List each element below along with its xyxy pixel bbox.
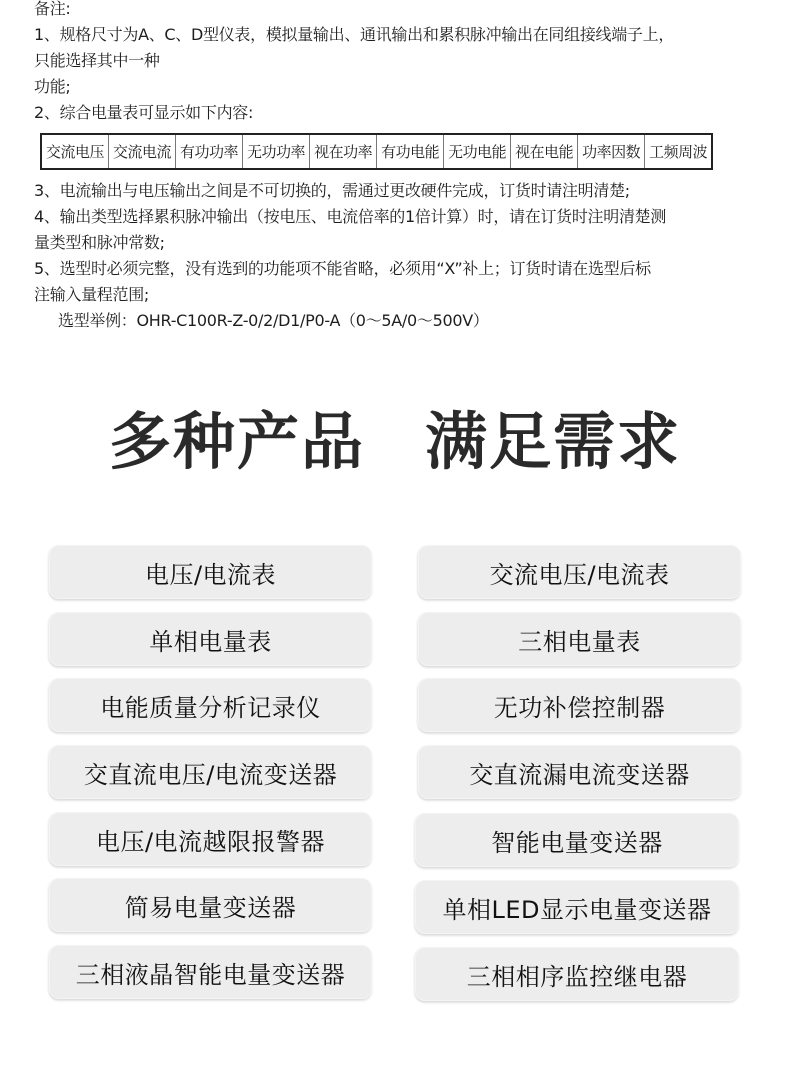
selection-example: 选型举例：OHR-C100R-Z-0/2/D1/P0-A（0～5A/0～500V… — [34, 308, 774, 334]
note-line-4: 4、输出类型选择累积脉冲输出（按电压、电流倍率的1倍计算）时，请在订货时注明清楚… — [34, 204, 774, 230]
table-cell: 交流电流 — [109, 134, 176, 169]
note-line-1: 1、规格尺寸为A、C、D型仪表，模拟量输出、通讯输出和累积脉冲输出在同组接线端子… — [34, 22, 764, 48]
table-cell: 无功电能 — [444, 134, 511, 169]
table-cell: 有功功率 — [176, 134, 243, 169]
product-card[interactable]: 无功补偿控制器 — [418, 678, 741, 732]
note-line-1-cont: 只能选择其中一种 — [34, 48, 764, 74]
table-cell: 功率因数 — [578, 134, 645, 169]
table-cell: 视在功率 — [310, 134, 377, 169]
notes-section: 备注: 1、规格尺寸为A、C、D型仪表，模拟量输出、通讯输出和累积脉冲输出在同组… — [34, 0, 764, 126]
headline: 多种产品满足需求 — [0, 402, 790, 482]
table-cell: 交流电压 — [41, 134, 109, 169]
table-cell: 工频周波 — [645, 134, 713, 169]
product-card[interactable]: 单相LED显示电量变送器 — [415, 880, 739, 934]
product-card[interactable]: 简易电量变送器 — [49, 878, 372, 932]
note-line-1-end: 功能; — [34, 74, 764, 100]
table-cell: 视在电能 — [511, 134, 578, 169]
product-card[interactable]: 三相液晶智能电量变送器 — [49, 945, 372, 999]
product-card[interactable]: 智能电量变送器 — [415, 813, 739, 867]
table-cell: 无功功率 — [243, 134, 310, 169]
product-card[interactable]: 电能质量分析记录仪 — [49, 678, 372, 732]
notes-heading: 备注: — [34, 0, 764, 22]
product-card[interactable]: 单相电量表 — [49, 612, 372, 666]
note-line-5-cont: 注输入量程范围; — [34, 282, 774, 308]
note-line-4-cont: 量类型和脉冲常数; — [34, 230, 774, 256]
table-cell: 有功电能 — [377, 134, 444, 169]
product-card[interactable]: 交直流漏电流变送器 — [418, 745, 741, 799]
product-card[interactable]: 三相电量表 — [418, 612, 741, 666]
product-card[interactable]: 交直流电压/电流变送器 — [49, 745, 372, 799]
notes-continued-section: 3、电流输出与电压输出之间是不可切换的，需通过更改硬件完成，订货时请注明清楚; … — [34, 178, 774, 334]
table-row: 交流电压 交流电流 有功功率 无功功率 视在功率 有功电能 无功电能 视在电能 … — [41, 134, 712, 169]
product-card[interactable]: 电压/电流越限报警器 — [49, 812, 372, 866]
headline-part-1: 多种产品 — [109, 405, 365, 478]
product-card[interactable]: 三相相序监控继电器 — [415, 947, 739, 1001]
note-line-5: 5、选型时必须完整，没有选到的功能项不能省略，必须用“X”补上；订货时请在选型后… — [34, 256, 774, 282]
note-line-3: 3、电流输出与电压输出之间是不可切换的，需通过更改硬件完成，订货时请注明清楚; — [34, 178, 774, 204]
product-card[interactable]: 电压/电流表 — [49, 545, 372, 599]
display-content-table: 交流电压 交流电流 有功功率 无功功率 视在功率 有功电能 无功电能 视在电能 … — [40, 133, 713, 170]
note-line-2: 2、综合电量表可显示如下内容: — [34, 100, 764, 126]
headline-part-2: 满足需求 — [425, 405, 681, 478]
product-card[interactable]: 交流电压/电流表 — [418, 545, 741, 599]
